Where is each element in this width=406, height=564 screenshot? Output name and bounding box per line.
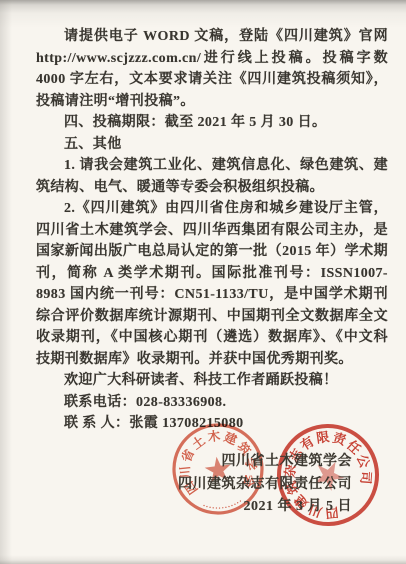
svg-text:公: 公 <box>354 452 373 471</box>
signature-org-society: 四川省土木建筑学会 <box>0 451 352 474</box>
paragraph-submission-instructions: 请提供电子 WORD 文稿，登陆《四川建筑》官网 http://www.scjz… <box>36 26 388 112</box>
paragraph-welcome: 欢迎广大科研读者、科技工作者踊跃投稿！ <box>36 370 388 392</box>
paragraph-committees: 1. 请我会建筑工业化、建筑信息化、绿色建筑、建筑结构、电气、暖通等专委会积极组… <box>36 155 388 198</box>
paragraph-contact-phone: 联系电话：028-83336908. <box>36 392 388 414</box>
paragraph-deadline: 四、投稿期限：截至 2021 年 5 月 30 日。 <box>36 112 388 134</box>
paragraph-other-heading: 五、其他 <box>36 134 388 156</box>
scanned-document-page: 请提供电子 WORD 文稿，登陆《四川建筑》官网 http://www.scjz… <box>0 0 406 564</box>
svg-text:司: 司 <box>358 471 374 485</box>
signature-org-company: 四川建筑杂志有限责任公司 <box>0 474 352 497</box>
svg-text:限: 限 <box>315 429 330 446</box>
scan-edge-bottom <box>0 555 406 564</box>
paragraph-journal-description: 2.《四川建筑》由四川省住房和城乡建设厅主管，四川省土木建筑学会、四川华西集团有… <box>36 198 388 370</box>
signature-block: 四川省土木建筑学会 四川建筑杂志有限责任公司 2021 年 3 月 5 日 <box>0 451 352 519</box>
signature-date: 2021 年 3 月 5 日 <box>0 496 352 519</box>
document-body: 请提供电子 WORD 文稿，登陆《四川建筑》官网 http://www.scjz… <box>0 0 406 435</box>
svg-text:木: 木 <box>207 428 222 444</box>
